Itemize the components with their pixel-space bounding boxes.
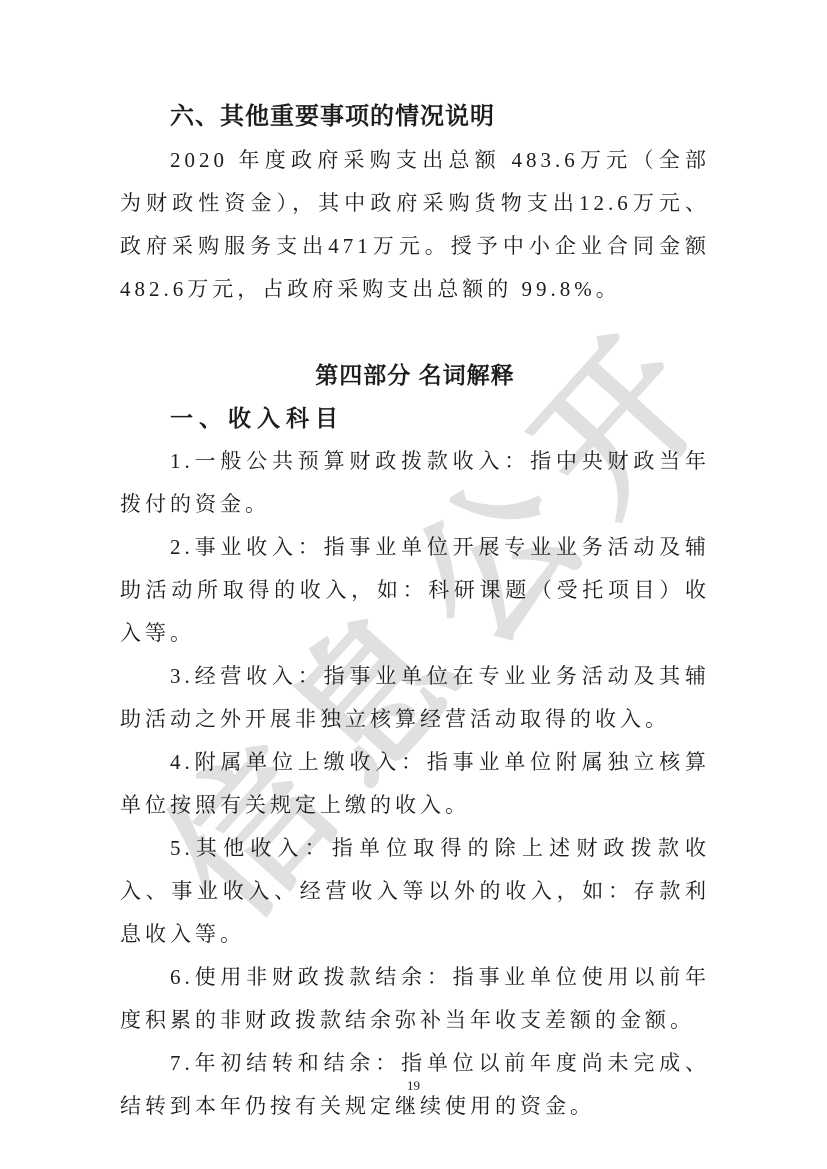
page-number: 19 [0, 1078, 827, 1094]
part4-title-glossary: 第四部分 名词解释 [120, 354, 710, 397]
definition-item-1: 1.一般公共预算财政拨款收入：指中央财政当年拨付的资金。 [120, 440, 710, 526]
definition-item-2: 2.事业收入：指事业单位开展专业业务活动及辅助活动所取得的收入，如：科研课题（受… [120, 526, 710, 655]
definition-item-6: 6.使用非财政拨款结余：指事业单位使用以前年度积累的非财政拨款结余弥补当年收支差… [120, 956, 710, 1042]
section-heading-other-important-matters: 六、其他重要事项的情况说明 [120, 96, 710, 139]
document-page: 信息公开 六、其他重要事项的情况说明 2020 年度政府采购支出总额 483.6… [0, 0, 827, 1169]
definition-item-3: 3.经营收入：指事业单位在专业业务活动及其辅助活动之外开展非独立核算经营活动取得… [120, 655, 710, 741]
definition-item-5: 5.其他收入：指单位取得的除上述财政拨款收入、事业收入、经营收入等以外的收入，如… [120, 827, 710, 956]
page-content: 六、其他重要事项的情况说明 2020 年度政府采购支出总额 483.6万元（全部… [120, 96, 710, 1128]
subsection-heading-income-categories: 一、收入科目 [120, 397, 710, 440]
procurement-summary-paragraph: 2020 年度政府采购支出总额 483.6万元（全部为财政性资金），其中政府采购… [120, 139, 710, 311]
definition-item-4: 4.附属单位上缴收入：指事业单位附属独立核算单位按照有关规定上缴的收入。 [120, 741, 710, 827]
